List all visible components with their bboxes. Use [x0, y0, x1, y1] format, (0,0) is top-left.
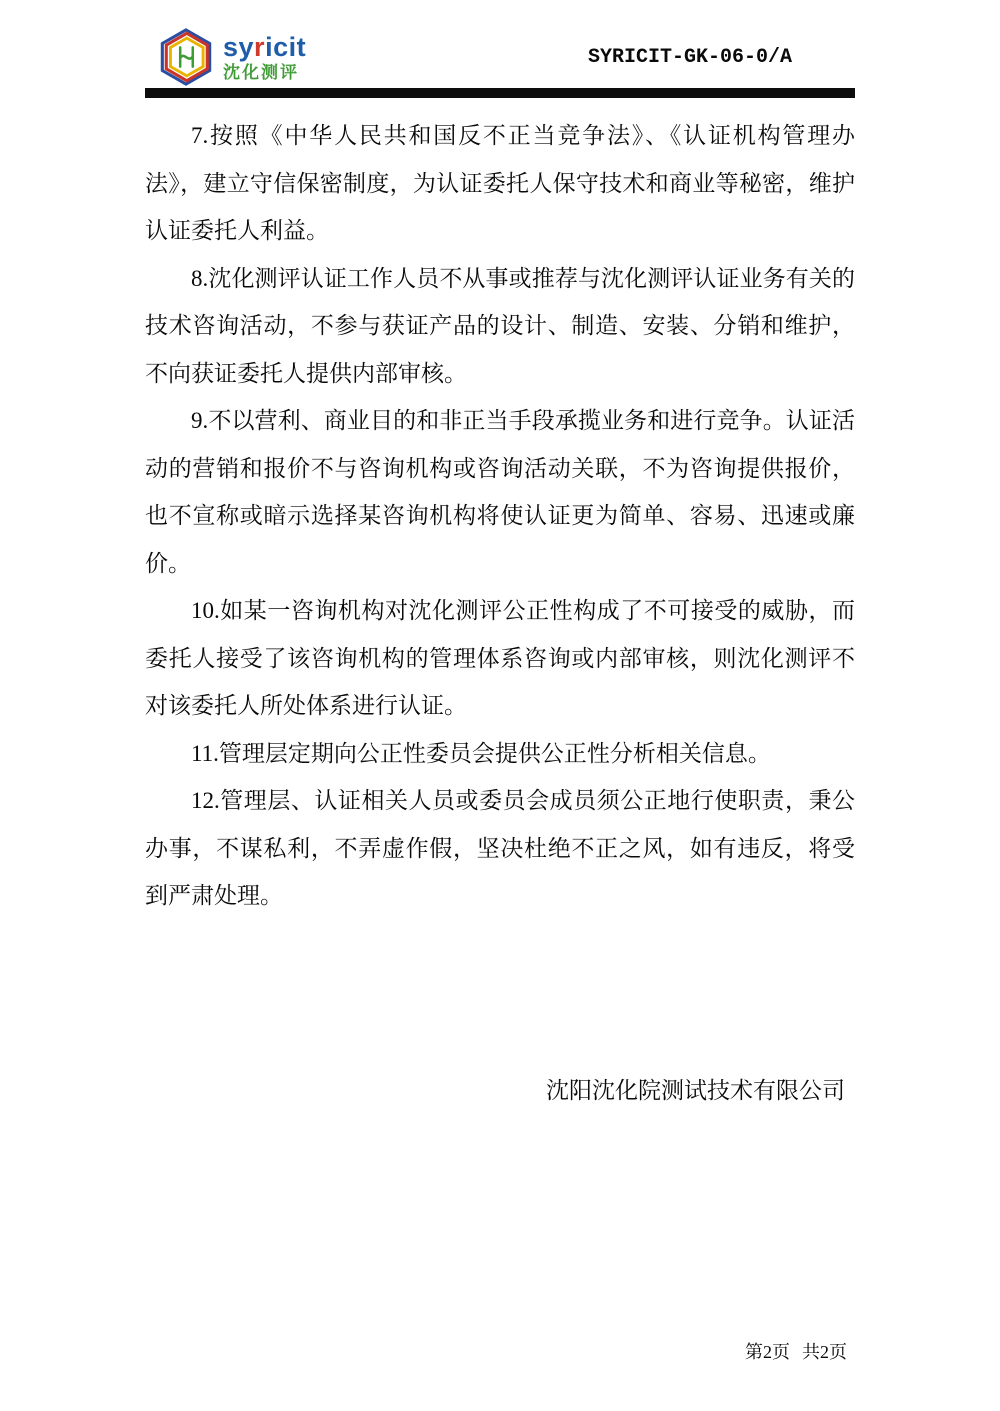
logo-text: syricit 沈化测评 — [223, 34, 306, 81]
logo-chinese-name: 沈化测评 — [223, 64, 306, 81]
page-total: 共2页 — [802, 1338, 847, 1364]
page-number-footer: 第2页 共2页 — [745, 1338, 847, 1364]
paragraph-10: 10.如某一咨询机构对沈化测评公正性构成了不可接受的威胁，而委托人接受了该咨询机… — [145, 587, 855, 730]
document-body: 7.按照《中华人民共和国反不正当竞争法》、《认证机构管理办法》，建立守信保密制度… — [145, 112, 855, 920]
paragraph-9: 9.不以营利、商业目的和非正当手段承揽业务和进行竞争。认证活动的营销和报价不与咨… — [145, 397, 855, 587]
company-logo: syricit 沈化测评 — [157, 28, 306, 86]
document-code: SYRICIT-GK-06-0/A — [588, 46, 792, 69]
paragraph-7: 7.按照《中华人民共和国反不正当竞争法》、《认证机构管理办法》，建立守信保密制度… — [145, 112, 855, 255]
page-current: 第2页 — [745, 1338, 790, 1364]
hexagon-logo-icon — [157, 28, 215, 86]
paragraph-8: 8.沈化测评认证工作人员不从事或推荐与沈化测评认证业务有关的技术咨询活动，不参与… — [145, 255, 855, 398]
company-signature: 沈阳沈化院测试技术有限公司 — [546, 1072, 845, 1105]
header-divider-rule — [145, 88, 855, 98]
document-page: syricit 沈化测评 SYRICIT-GK-06-0/A 7.按照《中华人民… — [145, 0, 855, 1411]
paragraph-11: 11.管理层定期向公正性委员会提供公正性分析相关信息。 — [145, 730, 855, 778]
paragraph-12: 12.管理层、认证相关人员或委员会成员须公正地行使职责，秉公办事，不谋私利，不弄… — [145, 777, 855, 920]
logo-brand-name: syricit — [223, 34, 306, 61]
page-header: syricit 沈化测评 SYRICIT-GK-06-0/A — [145, 28, 855, 88]
